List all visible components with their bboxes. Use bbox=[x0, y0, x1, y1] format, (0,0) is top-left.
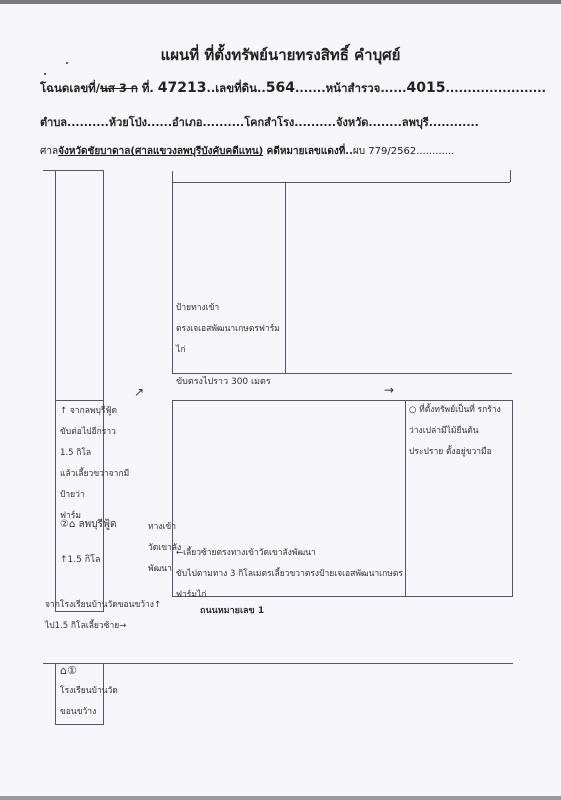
landmark-2-lopburi-food: ②⌂ ลพบุรีฟู้ด bbox=[60, 514, 117, 535]
scan-top-edge bbox=[0, 0, 561, 4]
document-title: แผนที่ ที่ตั้งทรัพย์นายทรงสิทธิ์ คำบุศย์ bbox=[0, 43, 561, 67]
straight-300-note: ขับตรงไปราว 300 เมตร bbox=[176, 372, 271, 393]
road-label: ถนนหมายเลข 1 bbox=[200, 603, 264, 617]
case-trail: ............ bbox=[416, 146, 454, 157]
deed-trail: ....................... bbox=[446, 81, 546, 95]
scan-speck bbox=[44, 73, 46, 75]
map-main-road bbox=[55, 170, 104, 612]
court-prefix: ศาล bbox=[40, 146, 58, 157]
case-label: คดีหมายเลขแดงที่.. bbox=[263, 146, 353, 157]
right-arrow-icon: → bbox=[384, 383, 394, 397]
survey-number: 4015 bbox=[407, 80, 446, 96]
case-number: ผบ 779/2562 bbox=[353, 146, 416, 157]
from-school-note: จากโรงเรียนบ้านวัดขอนขว้าง↑ ไป1.5 กิโลเล… bbox=[45, 595, 161, 637]
sign-note: ป้ายทางเข้า ตรงเจเอสพัฒนาเกษตรฟาร์ม ไก่ bbox=[176, 298, 280, 361]
deed-line: โฉนดเลขที่/นส 3 ก ที่. 47213..เลขที่ดิน.… bbox=[40, 80, 546, 98]
scan-bottom-edge bbox=[0, 796, 561, 800]
map-block-top-tick bbox=[510, 170, 511, 182]
map-block-top bbox=[172, 182, 510, 183]
map-block-divider bbox=[285, 182, 286, 373]
deed-label: โฉนดเลขที่/ bbox=[40, 81, 100, 95]
land-number: 564 bbox=[266, 80, 295, 96]
diagonal-arrow-icon: ↗ bbox=[134, 385, 144, 399]
deed-type-struck: นส 3 ก bbox=[100, 81, 138, 95]
survey-label: .......หน้าสำรวจ...... bbox=[295, 81, 407, 95]
land-label: ..เลขที่ดิน.. bbox=[207, 81, 266, 95]
left-column-note: ↑ จากลพบุรีฟู้ด ขับต่อไปอีกราว 1.5 กิโล … bbox=[60, 401, 129, 527]
map-property-divider bbox=[405, 400, 406, 597]
landmark-1-school: ⌂① โรงเรียนบ้านวัด ขอนขว้าง bbox=[60, 660, 118, 723]
court-line: ศาลจังหวัดชัยบาดาล(ศาลแขวงลพบุรีบังคับคด… bbox=[40, 144, 454, 159]
property-note: ○ ที่ตั้งทรัพย์เป็นที่ รกร้าง ว่างเปล่าม… bbox=[409, 400, 501, 463]
deed-number: 47213 bbox=[158, 80, 207, 96]
location-line: ตำบล..........ห้วยโป่ง......อำเภอ.......… bbox=[40, 113, 479, 131]
turn-left-note: ←เลี้ยวซ้ายตรงทางเข้าวัดเขาลังพัฒนา ขับไ… bbox=[176, 543, 403, 606]
court-name: จังหวัดชัยบาดาล(ศาลแขวงลพบุรีบังคับคดีแท… bbox=[58, 146, 263, 157]
up-1-5-km: ↑1.5 กิโล bbox=[60, 550, 101, 571]
map-side-road-left bbox=[172, 171, 173, 374]
deed-no-label: ที่. bbox=[138, 81, 154, 95]
